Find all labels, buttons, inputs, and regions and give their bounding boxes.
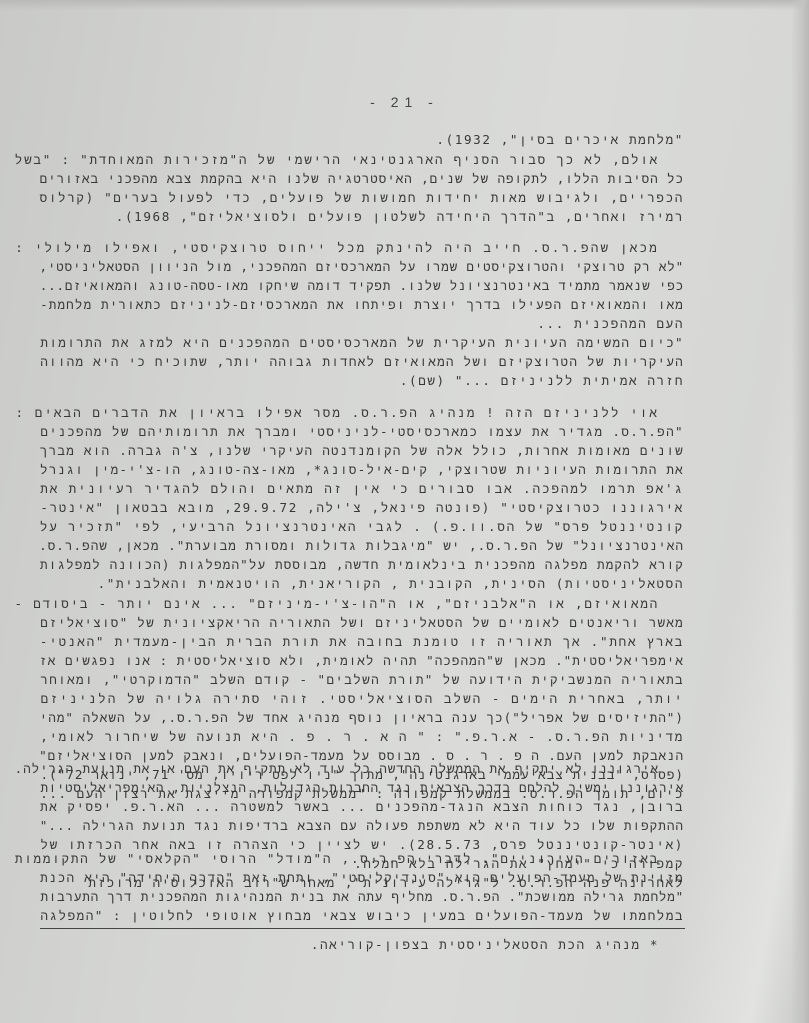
text-line: קונטיננטל פרס" של הס.וו.פ.) . לגבי האינט… (40, 518, 684, 536)
text-line: אירגוננו כטרוצקיסטי" (פונטה פינאל, צ'ילה… (40, 499, 684, 517)
text-line: קורא להקמת מפלגה מהפכנית בינלאומית חדשה,… (40, 556, 684, 574)
text-line: שונים מאומות אחרות, כולל אלה של הקומנדנט… (40, 442, 684, 460)
text-line: בתאוריה המנשביקית הידועה של "תורת השלבים… (40, 671, 684, 689)
text-line: מדיניות הפ.ר.ס. - א.ר.פ." : " ה א . ר . … (40, 728, 684, 746)
text-line: מאשר וריאנטים לאומיים של הסטאליניזם ושל … (40, 614, 684, 632)
text-line: אירגוננו ימשיך להלחם בדרך הצבאית נגד החב… (40, 779, 684, 797)
text-line: הסטאליניסטיות) הסינית, הקובנית , הקוריאנ… (98, 575, 684, 593)
text-line: בארץ אחת". אך תאוריה זו טומנת בחובה את ת… (40, 633, 684, 651)
text-line: האינטרנציונל" של הפ.ר.ס., יש "מיגבלות גד… (39, 537, 684, 555)
text-line: "מלחמת גרילה ממושכת". הפ.ר.ס. מחליף עתה … (40, 888, 684, 906)
text-line: המאואיזם, או ה"אלבניזם", או ה"הו-צ'י-מינ… (15, 595, 659, 613)
text-line: במלחמתו של מעמד-הפועלים במעין כיבוש צבאי… (40, 907, 684, 925)
footnote: * מנהיג הכת הסטאליניסטית בצפון-קוריאה. (311, 936, 659, 954)
text-line: מכאן שהפ.ר.ס. חייב היה להינתק מכל ייחוס … (15, 239, 659, 257)
document-page: - 21 - "מלחמת איכרים בסין", 1932).אולם, … (0, 0, 809, 1023)
text-line: העם המהפכנית ... (537, 315, 684, 333)
text-line: חזרה אמיתית ללניניזם ..." (שם). (400, 372, 684, 390)
text-line: את התרומות העיוניות שטרוצקי, קים-איל-סונ… (40, 461, 684, 479)
text-line: ג'אפ תרמו למהפכה. אבו סבורים כי אין זה מ… (40, 480, 684, 498)
text-line: ברובן, נגד כוחות הצבא הנגד-מהפכנים ... ב… (40, 798, 684, 816)
text-line: כפי שנאמר מתמיד באינטרנציונל שלנו. תפקיד… (40, 277, 684, 295)
page-top-edge (0, 0, 809, 10)
text-line: ההתקפות שלו כל עוד היא לא משתפת פעולה עם… (40, 817, 684, 835)
footnote-separator (40, 928, 685, 929)
text-line: רמירז ואחרים, ב"הדרך היחידה לשלטון פועלי… (116, 208, 684, 226)
text-line: "לא רק טרוצקי והטרוצקיסטים שמרו על המארכ… (40, 258, 684, 276)
text-line: מאו והמאואיזם הפעילו בדרך יוצרת ופיתחו א… (40, 296, 684, 314)
text-line: "הפ.ר.ס. מגדיר את עצמו כמארכסיסטי-לניניס… (40, 423, 684, 441)
text-line: אולם, לא כך סבור הסניף הארגנטינאי הרישמי… (15, 151, 659, 169)
text-line: "כיום המשימה העיונית העיקרית של המארכסיס… (40, 334, 684, 352)
text-line: "מלחמת איכרים בסין", 1932). (436, 131, 684, 149)
text-line: ("התיזיסים של אפריל")כך ענה בראיון נוסף … (40, 709, 684, 727)
text-line: אימפריאליסטית". מכאן ש"המהפכה" תהיה לאומ… (39, 652, 684, 670)
page-right-edge (791, 0, 809, 1023)
text-line: כל הסיבות הללו, לתקופה של שנים, האיסטרטג… (40, 170, 684, 188)
text-line: יותר, באחרית הימים - השלב הסוציאליסטי. ז… (41, 690, 684, 708)
page-number: - 21 - (0, 94, 809, 110)
text-line: באזורים העירוניים". לדברי הפ.ר.ס., ה"מוד… (15, 850, 659, 868)
text-line: העיקריות של הטרוצקיזם ושל המאואיזם לאחדו… (40, 353, 684, 371)
text-line: אירגוננו לא יתקיף את הממשלה החדשה כל עוד… (15, 760, 659, 778)
text-line: מזוינת של מעמד-הפועלים הוא "סינדיקליסטי"… (40, 869, 684, 887)
text-line: אוי ללניניזם הזה ! מנהיג הפ.ר.ס. מסר אפי… (15, 404, 659, 422)
text-line: הכפריים, ולגיבוש מאות יחידות חמושות של פ… (40, 189, 684, 207)
